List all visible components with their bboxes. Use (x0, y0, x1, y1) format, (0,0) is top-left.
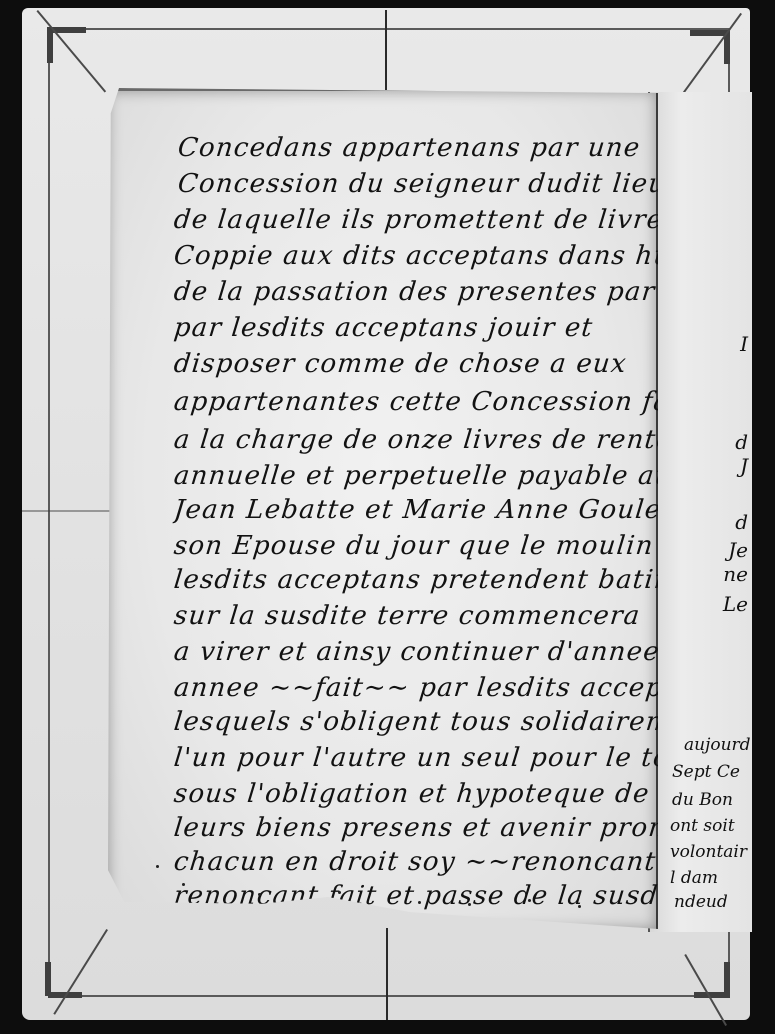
manuscript-line: disposer comme de chose a eux (172, 349, 661, 379)
manuscript-line: de la passation des presentes par (172, 277, 661, 307)
side-edge-letter: d (735, 510, 748, 534)
manuscript-line: de laquelle ils promettent de livrer (172, 205, 661, 235)
ink-speck (156, 865, 159, 868)
side-page-fragment: I d J d Je ne Le aujourd Sept Ce du Bon … (648, 92, 752, 932)
ink-speck (468, 903, 471, 906)
corner-mark-bl-v (45, 962, 51, 996)
ink-speck (338, 891, 341, 894)
corner-mark-tl-v (47, 27, 53, 63)
manuscript-page: Concedans appartenans par une Concession… (108, 88, 658, 929)
manuscript-line: leurs biens presens et avenir promettant (172, 813, 661, 843)
manuscript-line: Jean Lebatte et Marie Anne Goulet (172, 495, 661, 525)
manuscript-line: chacun en droit soy ~~renoncant~~ oblige… (172, 847, 661, 877)
manuscript-line: sur la susdite terre commencera (172, 601, 661, 631)
side-page-line: volontair (670, 842, 764, 862)
corner-mark-br-v (724, 962, 730, 996)
manuscript-line: Concedans appartenans par une (176, 133, 665, 163)
manuscript-line: son Epouse du jour que le moulin que (172, 531, 661, 561)
manuscript-line: appartenantes cette Concession faite (172, 387, 661, 417)
manuscript-line: lesdits acceptans pretendent batir (172, 565, 661, 595)
side-page-line: ont soit (670, 816, 764, 836)
side-page-line: l dam (670, 868, 764, 888)
manuscript-line: par lesdits acceptans jouir et (172, 313, 661, 343)
side-edge-letter: I (740, 332, 748, 356)
side-page-line: ndeud (674, 892, 768, 912)
manuscript-line: annuelle et perpetuelle payable audit (172, 461, 661, 491)
ink-speck (418, 901, 421, 904)
ink-speck (528, 899, 531, 902)
frame-line-left (48, 28, 50, 996)
side-page-line: aujourd (684, 735, 775, 755)
manuscript-line: a la charge de onze livres de rente (172, 425, 661, 455)
manuscript-line: lesquels s'obligent tous solidairement (172, 707, 661, 737)
ink-speck (182, 883, 185, 886)
side-edge-letter: ne (723, 562, 748, 586)
manuscript-line: a virer et ainsy continuer d'annee en (172, 637, 661, 667)
side-edge-letter: Le (723, 592, 748, 616)
ink-speck (578, 905, 581, 908)
fold-line-vertical-top (385, 10, 387, 90)
manuscript-line: l'un pour l'autre un seul pour le tout (172, 743, 661, 773)
manuscript-line: annee ~~fait~~ par lesdits acceptans (172, 673, 661, 703)
side-page-line: Sept Ce (672, 762, 766, 782)
side-edge-letter: Je (728, 538, 748, 562)
manuscript-line: Coppie aux dits acceptans dans huitaine (172, 241, 661, 271)
manuscript-line: Concession du seigneur dudit lieu (176, 169, 665, 199)
frame-line-top (48, 28, 728, 30)
frame-line-bottom (48, 995, 728, 997)
ink-speck (258, 893, 261, 896)
fold-line-vertical-bottom (386, 928, 388, 1020)
manuscript-line: sous l'obligation et hypoteque de tous (172, 779, 661, 809)
side-edge-letter: J (740, 454, 748, 478)
side-edge-letter: d (735, 430, 748, 454)
side-page-line: du Bon (672, 790, 766, 810)
